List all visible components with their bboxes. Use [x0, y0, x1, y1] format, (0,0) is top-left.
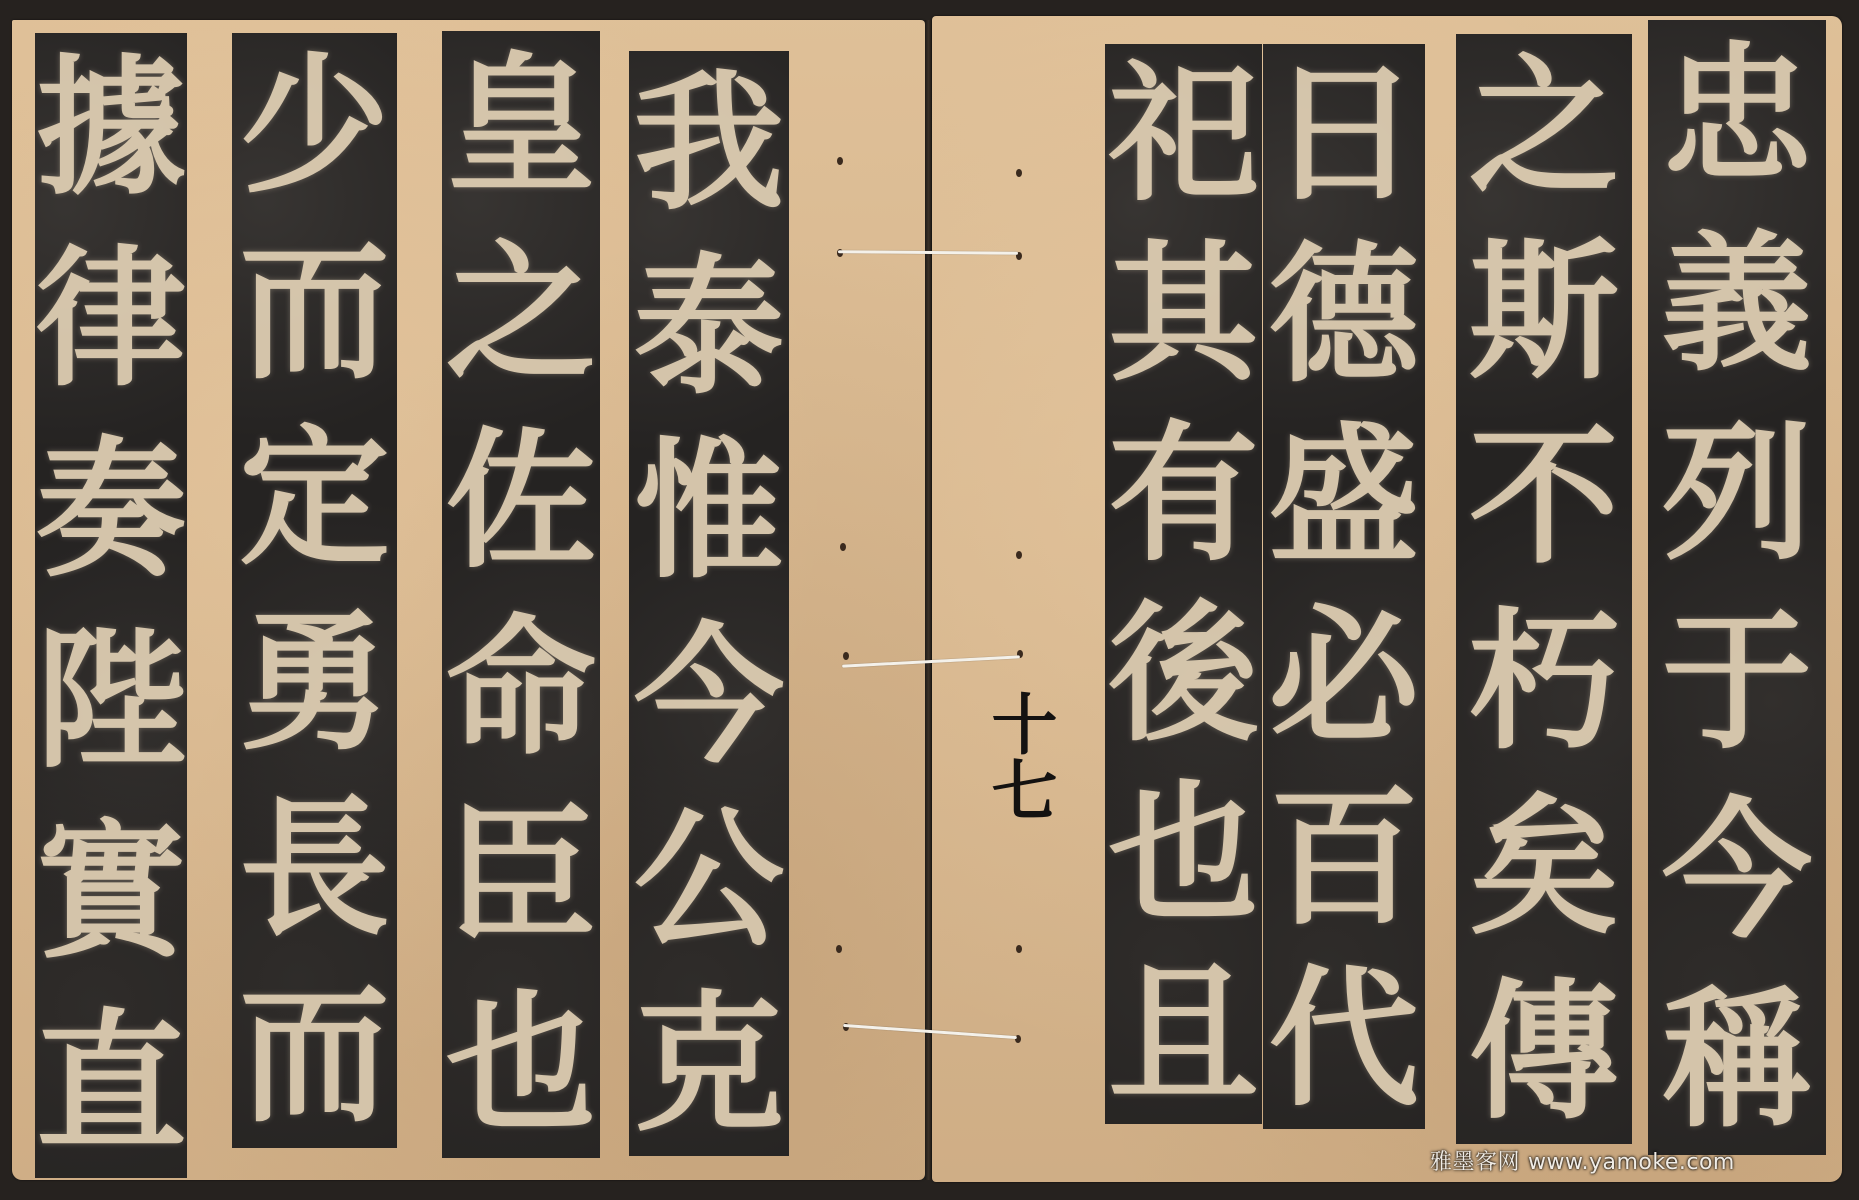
glyph: 臣	[446, 801, 596, 951]
glyph: 不	[1469, 422, 1619, 572]
glyph: 日	[1269, 59, 1419, 209]
glyph: 之	[1469, 52, 1619, 202]
glyph: 傳	[1469, 977, 1619, 1127]
glyph: 今	[634, 621, 784, 771]
glyph: 也	[446, 989, 596, 1139]
left-column-1: 據 律 奏 陛 實 直	[35, 33, 187, 1178]
watermark: 雅墨客网www.yamoke.com	[1430, 1145, 1735, 1176]
glyph: 命	[446, 613, 596, 763]
glyph: 據	[36, 53, 186, 203]
glyph: 列	[1662, 418, 1812, 568]
left-column-4: 我 泰 惟 今 公 克	[629, 51, 789, 1156]
watermark-url: www.yamoke.com	[1528, 1150, 1735, 1175]
glyph: 後	[1108, 599, 1258, 749]
glyph: 盛	[1269, 421, 1419, 571]
glyph: 忠	[1662, 40, 1812, 190]
glyph: 公	[634, 805, 784, 955]
binding-hole	[837, 157, 843, 165]
glyph: 皇	[446, 50, 596, 200]
right-column-3: 日 德 盛 必 百 代	[1263, 44, 1425, 1129]
glyph: 必	[1269, 602, 1419, 752]
right-column-2: 之 斯 不 朽 矣 傳	[1456, 34, 1632, 1144]
glyph: 而	[239, 237, 389, 387]
glyph: 長	[239, 794, 389, 944]
book-spine	[925, 20, 932, 1180]
binding-hole	[843, 652, 849, 660]
glyph: 祀	[1108, 59, 1258, 209]
right-column-1: 忠 義 列 于 今 稱	[1648, 20, 1826, 1155]
glyph: 朽	[1469, 607, 1619, 757]
glyph: 于	[1662, 607, 1812, 757]
glyph: 律	[36, 244, 186, 394]
glyph: 且	[1108, 959, 1258, 1109]
glyph: 奏	[36, 435, 186, 585]
glyph: 義	[1662, 229, 1812, 379]
glyph: 勇	[239, 608, 389, 758]
glyph: 百	[1269, 783, 1419, 933]
watermark-site-name: 雅墨客网	[1430, 1150, 1520, 1175]
binding-hole	[1016, 169, 1022, 177]
glyph: 矣	[1469, 792, 1619, 942]
glyph: 德	[1269, 240, 1419, 390]
binding-hole	[840, 543, 846, 551]
glyph: 陛	[36, 626, 186, 776]
glyph: 代	[1269, 964, 1419, 1114]
page-number: 十七	[985, 690, 1055, 822]
binding-hole	[1016, 551, 1022, 559]
glyph: 斯	[1469, 237, 1619, 387]
glyph: 泰	[634, 252, 784, 402]
glyph: 實	[36, 817, 186, 967]
glyph: 有	[1108, 419, 1258, 569]
binding-hole	[1016, 945, 1022, 953]
glyph: 我	[634, 68, 784, 218]
glyph: 而	[239, 980, 389, 1130]
glyph: 惟	[634, 436, 784, 586]
left-column-3: 皇 之 佐 命 臣 也	[442, 31, 600, 1158]
glyph: 之	[446, 238, 596, 388]
glyph: 少	[239, 51, 389, 201]
glyph: 稱	[1662, 985, 1812, 1135]
glyph: 直	[36, 1008, 186, 1158]
glyph: 克	[634, 989, 784, 1139]
right-column-4: 祀 其 有 後 也 且	[1105, 44, 1262, 1124]
binding-hole	[836, 945, 842, 953]
glyph: 定	[239, 423, 389, 573]
left-column-2: 少 而 定 勇 長 而	[232, 33, 397, 1148]
glyph: 其	[1108, 239, 1258, 389]
glyph: 也	[1108, 779, 1258, 929]
glyph: 今	[1662, 796, 1812, 946]
glyph: 佐	[446, 426, 596, 576]
